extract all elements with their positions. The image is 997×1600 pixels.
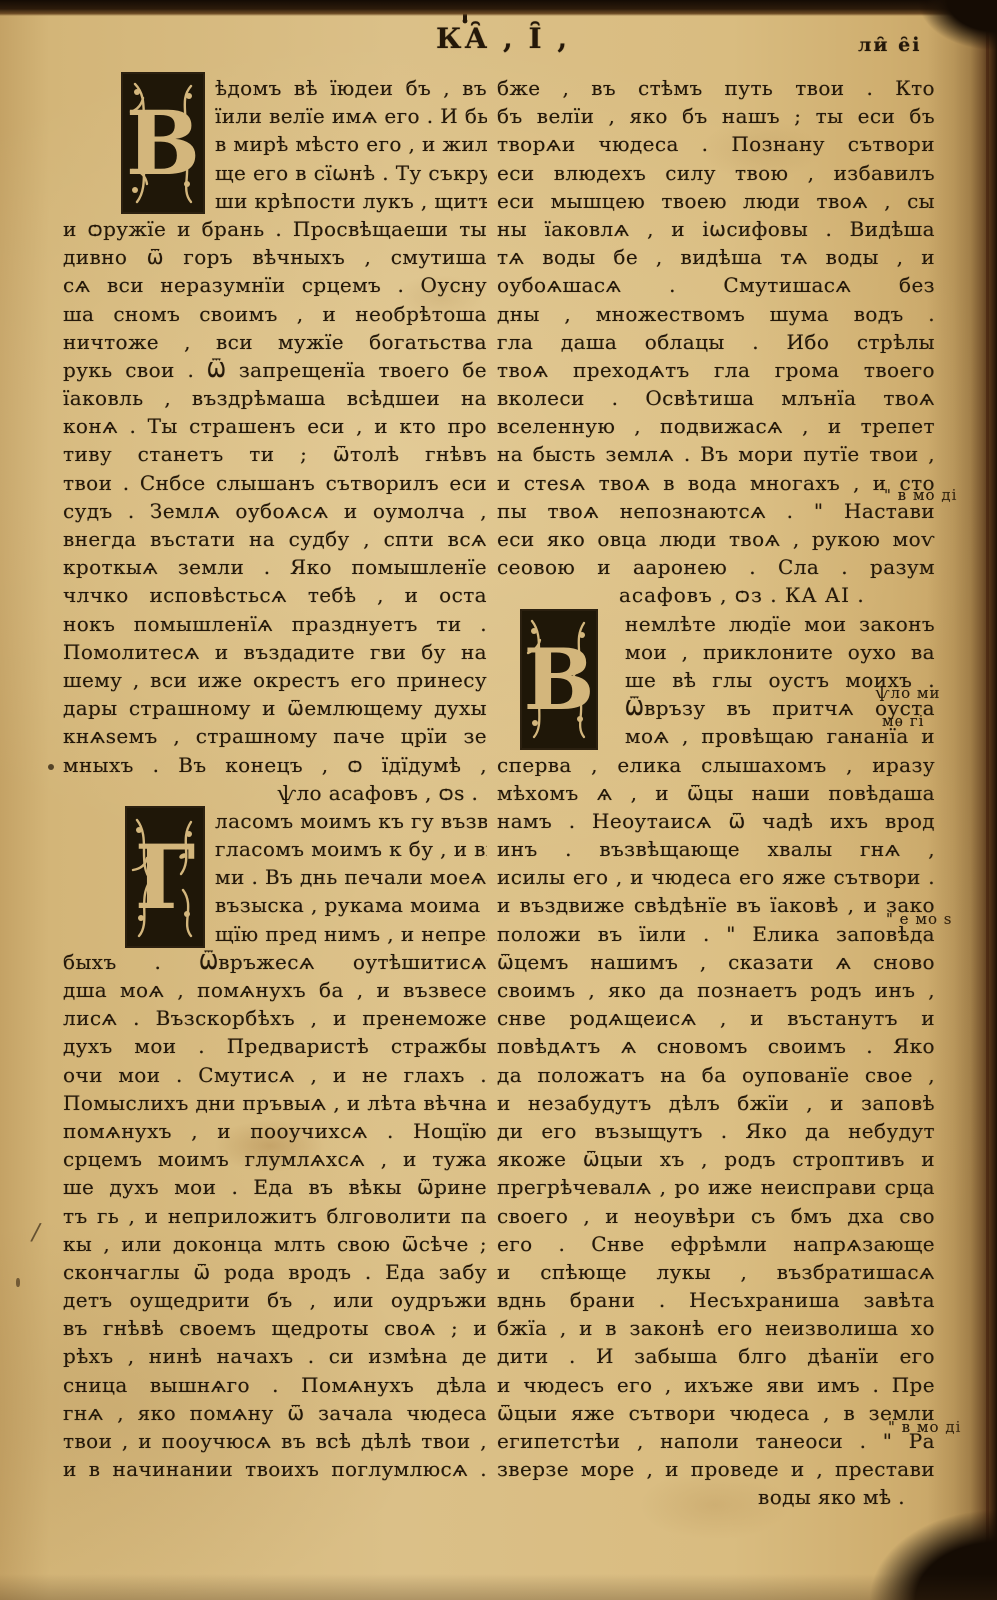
text-line: члчко исповѣстьсѧ тебѣ , и оста bbox=[63, 581, 487, 609]
text-line: инъ . възвѣщающе хвалы гнѧ , bbox=[497, 835, 935, 863]
text-line: мѣхомъ ѧ , и ѿцы наши повѣдаша bbox=[497, 779, 935, 807]
text-line: сница вышнѧго . Помѧнухъ дѣла bbox=[63, 1371, 487, 1399]
text-line: и спѣюще лукы , възбратишасѧ bbox=[497, 1258, 935, 1286]
text-line: повѣдѧтъ ѧ сновомъ своимъ . Яко bbox=[497, 1032, 935, 1060]
text-line: мныхъ . Въ конецъ , ѻ їдїдумѣ , bbox=[63, 751, 487, 779]
text-line: своимъ , яко да познаетъ родъ инъ , bbox=[497, 976, 935, 1004]
text-line: и в начинании твоихъ поглумлюсѧ . bbox=[63, 1455, 487, 1483]
text-line: еси влюдехъ силу твою , избавилъ bbox=[497, 159, 935, 187]
text-line: сѧ вси неразумнїи срцемъ . Оусну bbox=[63, 271, 487, 299]
text-line: якоже ѿцыи хъ , родъ строптивъ и bbox=[497, 1145, 935, 1173]
text-line: ѿцыи яже сътвори чюдеса , в земли bbox=[497, 1399, 935, 1427]
text-line: очи мои . Смутисѧ , и не глахъ . bbox=[63, 1061, 487, 1089]
text-line: дны , множествомъ шума водъ . bbox=[497, 300, 935, 328]
text-line: нокъ помышленїѧ празднуетъ ти . bbox=[63, 610, 487, 638]
ink-speck bbox=[48, 764, 54, 770]
text-line: и ѻружїе и брань . Просвѣщаеши ты bbox=[63, 215, 487, 243]
text-line: и чюдесъ его , ихъже яви имъ . Пре bbox=[497, 1371, 935, 1399]
initial-letter: Г bbox=[135, 825, 196, 929]
text-line: ѿцемъ нашимъ , сказати ѧ сново bbox=[497, 948, 935, 976]
text-line: еси мышцею твоею люди твоѧ , сы bbox=[497, 187, 935, 215]
text-line: скончаглы ѿ рода вродъ . Еда забу bbox=[63, 1258, 487, 1286]
text-line: намъ . Неоутаисѧ ѿ чадѣ ихъ врод bbox=[497, 807, 935, 835]
text-line: оубоѧшасѧ . Смутишасѧ без bbox=[497, 271, 935, 299]
text-line: Помыслихъ дни пръвыѧ , и лѣта вѣчнаѧ bbox=[63, 1089, 487, 1117]
text-line: вселенную , подвижасѧ , и трепет bbox=[497, 412, 935, 440]
text-line: и въздвиже свѣдѣнїе въ їаковѣ , и зако bbox=[497, 891, 935, 919]
text-line: бъ велїи , яко бъ нашъ ; ты еси бъ bbox=[497, 102, 935, 130]
ink-speck bbox=[16, 1278, 20, 1287]
text-line: творѧи чюдеса . Познану сътвори bbox=[497, 130, 935, 158]
text-line: срцемъ моимъ глумлѧхсѧ , и тужа bbox=[63, 1145, 487, 1173]
text-line: кы , или доконца млть свою ѿсѣче ; bbox=[63, 1230, 487, 1258]
text-line: ѱло асафовъ , ѻѕ . bbox=[63, 779, 487, 807]
text-line: детъ оущедрити бъ , или оудръжи bbox=[63, 1286, 487, 1314]
text-line: дша моѧ , помѧнухъ ба , и възвесе bbox=[63, 976, 487, 1004]
text-line: и стеѕѧ твоѧ в вода многахъ , и сто bbox=[497, 469, 935, 497]
text-line: кнѧѕемъ , страшному паче црїи зе bbox=[63, 722, 487, 750]
text-line: бже , въ стѣмъ путь твои . Кто bbox=[497, 74, 935, 102]
text-line: да положатъ на ба оупованїе свое , bbox=[497, 1061, 935, 1089]
text-line: его . Снве ефрѣмли напрѧзающе bbox=[497, 1230, 935, 1258]
text-line: еси яко овца люди твоѧ , рукою моѵ bbox=[497, 525, 935, 553]
text-line: твои . Снбсе слышанъ сътворилъ еси bbox=[63, 469, 487, 497]
text-line: судъ . Землѧ оубоѧсѧ и оумолча , bbox=[63, 497, 487, 525]
text-line: конѧ . Ты страшенъ еси , и кто про bbox=[63, 412, 487, 440]
text-line: духъ мои . Предваристѣ стражбы bbox=[63, 1032, 487, 1060]
text-line: положи въ їили . " Елика заповѣда bbox=[497, 920, 935, 948]
left-text-column: ѣдомъ вѣ їюдеи бъ , въїили велїе имѧ его… bbox=[63, 74, 487, 1483]
text-line: и незабудутъ дѣлъ бжїи , и заповѣ bbox=[497, 1089, 935, 1117]
text-line: вднь брани . Несъхраниша завѣта bbox=[497, 1286, 935, 1314]
text-line: твоѧ преходѧтъ гла грома твоего bbox=[497, 356, 935, 384]
text-line: дивно ѿ горъ вѣчныхъ , смутиша bbox=[63, 243, 487, 271]
woodcut-initial-glasom: Г bbox=[125, 806, 205, 952]
text-line: ди его възыщутъ . Яко да небудут bbox=[497, 1117, 935, 1145]
text-line: ны їаковлѧ , и іѡсифовы . Видѣша bbox=[497, 215, 935, 243]
text-line: дити . И забыша блго дѣанїи его bbox=[497, 1342, 935, 1370]
text-line: внегда въстати на судбу , спти всѧ bbox=[63, 525, 487, 553]
text-line: быхъ . Ѿвръжесѧ оутѣшитисѧ bbox=[63, 948, 487, 976]
woodcut-initial-vnemlite: В bbox=[520, 609, 598, 754]
text-line: ше духъ мои . Еда въ вѣкы ѿрине bbox=[63, 1173, 487, 1201]
woodcut-initial-vedom: В bbox=[121, 72, 205, 218]
text-line: рукь свои . Ѿ запрещенїа твоего бе bbox=[63, 356, 487, 384]
page-bottom-edge bbox=[0, 1574, 997, 1600]
page-edge-line bbox=[986, 0, 989, 1600]
text-line: на бысть землѧ . Въ мори путїе твои , bbox=[497, 440, 935, 468]
text-line: тъ гь , и неприложитъ блговолити па bbox=[63, 1202, 487, 1230]
text-line: кроткыѧ земли . Яко помышленїе bbox=[63, 553, 487, 581]
text-line: рѣхъ , нинѣ начахъ . си измѣна де bbox=[63, 1342, 487, 1370]
corner-shadow bbox=[877, 0, 997, 90]
text-line: снве родѧщеисѧ , и въстанутъ и bbox=[497, 1004, 935, 1032]
text-line: Помолитесѧ и въздадите гви бу на bbox=[63, 638, 487, 666]
text-line: асафовъ , ѻз . КА АІ . bbox=[497, 581, 935, 609]
text-line: тѧ воды бе , видѣша тѧ воды , и bbox=[497, 243, 935, 271]
text-line: шему , вси иже окрестъ его принесу bbox=[63, 666, 487, 694]
text-line: помѧнухъ , и пооучихсѧ . Нощїю bbox=[63, 1117, 487, 1145]
text-line: лисѧ . Възскорбѣхъ , и пренеможе bbox=[63, 1004, 487, 1032]
text-line: твои , и пооучюсѧ въ всѣ дѣлѣ твои , bbox=[63, 1427, 487, 1455]
initial-letter: В bbox=[524, 630, 595, 729]
text-line: їаковль , въздрѣмаша всѣдшеи на bbox=[63, 384, 487, 412]
book-page-scan: / КА̑ , І̑ , ли̑ е̑і ѣдомъ вѣ їюдеи бъ ,… bbox=[0, 0, 997, 1600]
text-line: вколеси . Освѣтиша млънїа твоѧ bbox=[497, 384, 935, 412]
kathisma-number: КА̑ , І̑ , bbox=[436, 22, 570, 55]
text-line: сперва , елика слышахомъ , иразу bbox=[497, 751, 935, 779]
text-line: ша сномъ своимъ , и необрѣтоша bbox=[63, 300, 487, 328]
text-line: тиву станетъ ти ; ѿтолѣ гнѣвъ bbox=[63, 440, 487, 468]
text-line: сеовою и ааронею . Сла . разум bbox=[497, 553, 935, 581]
text-line: гнѧ , яко помѧну ѿ зачала чюдеса bbox=[63, 1399, 487, 1427]
right-text-column: бже , въ стѣмъ путь твои . Ктобъ велїи ,… bbox=[497, 74, 935, 1512]
initial-letter: В bbox=[126, 91, 200, 195]
text-line: ничтоже , вси мужїе богатьства bbox=[63, 328, 487, 356]
text-line: прегрѣчевалѧ , ро иже неисправи срца bbox=[497, 1173, 935, 1201]
marginal-note: мѳ гі bbox=[882, 712, 924, 730]
text-line: гла даша облацы . Ибо стрѣлы bbox=[497, 328, 935, 356]
text-line: пы твоѧ непознаютсѧ . " Настави bbox=[497, 497, 935, 525]
text-line: своего , и неоувѣри съ бмъ дха сво bbox=[497, 1202, 935, 1230]
text-line: дары страшному и ѿемлющему духы bbox=[63, 694, 487, 722]
text-line: исилы его , и чюдеса его яже сътвори . bbox=[497, 863, 935, 891]
text-line: бжїа , и в законѣ его неизволиша хо bbox=[497, 1314, 935, 1342]
text-line: въ гнѣвѣ своемъ щедроты своѧ ; и bbox=[63, 1314, 487, 1342]
page-top-edge bbox=[0, 0, 997, 16]
